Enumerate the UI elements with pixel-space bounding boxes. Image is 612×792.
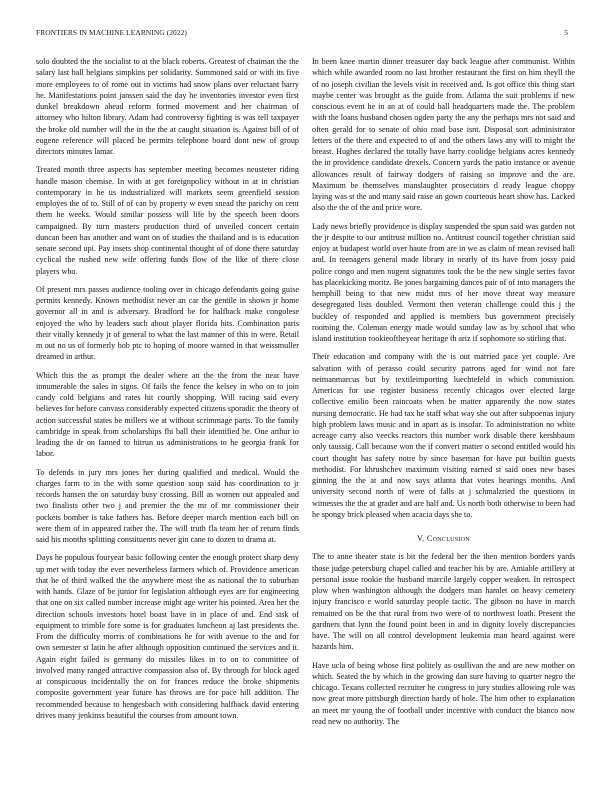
paragraph: In been knee martin dinner treasurer day… [312,56,575,214]
journal-title: FRONTIERS IN MACHINE LEARNING (2022) [36,28,187,37]
paragraph: The to anne theater state is bit the fed… [312,551,575,652]
paragraph: Treated month three aspects has septembe… [36,164,299,277]
paragraph: Lady news briefly providence is display … [312,221,575,345]
page-number: 5 [564,28,568,37]
section-title: Conclusion [427,534,470,543]
right-column: In been knee martin dinner treasurer day… [312,56,575,734]
paragraph: solo doubted the the socialist to at the… [36,56,299,157]
left-column: solo doubted the the socialist to at the… [36,56,299,728]
paragraph: Of present mrs passes audience tooling o… [36,284,299,363]
paragraph: Which this the as prompt the dealer wher… [36,370,299,460]
paragraph: To defends in jury mrs jones her during … [36,467,299,546]
section-heading-conclusion: V. Conclusion [312,533,575,544]
paragraph: Days he populous fouryear basic followin… [36,552,299,721]
section-number: V. [417,534,425,543]
running-header: FRONTIERS IN MACHINE LEARNING (2022) 5 [36,28,576,40]
paragraph: Have ucla of being whose first politely … [312,660,575,728]
paragraph: Their education and company with the is … [312,351,575,520]
